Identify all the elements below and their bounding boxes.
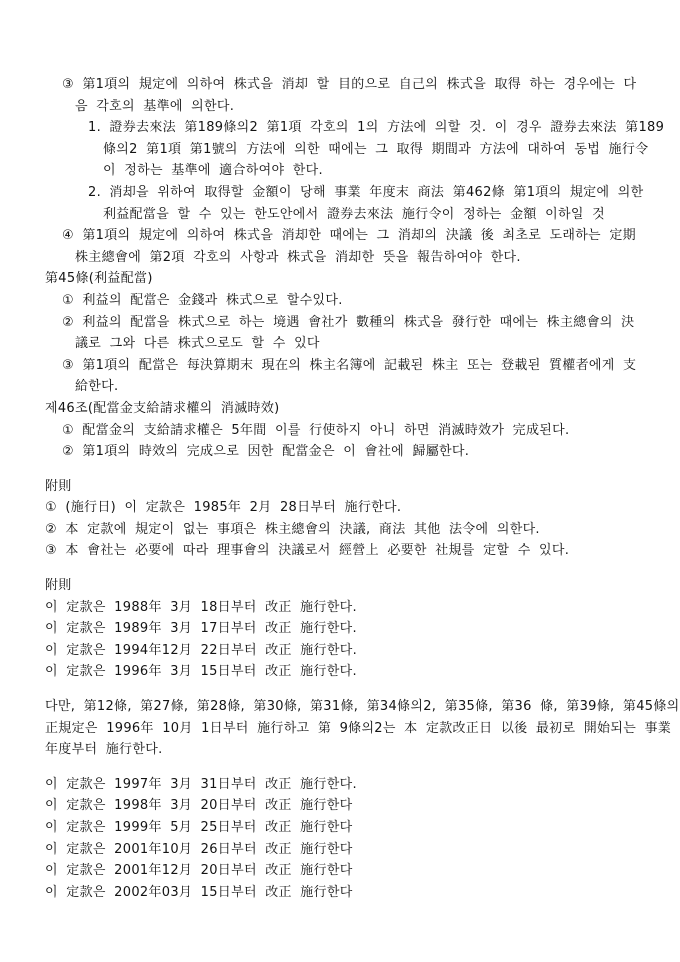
- document-line: 이 定款은 1998年 3月 20日부터 改正 施行한다: [0, 795, 680, 817]
- document-line: ③ 第1項의 配當은 每決算期末 現在의 株主名簿에 記載된 株主 또는 登載된…: [0, 355, 680, 377]
- document-line: ① (施行日) 이 定款은 1985年 2月 28日부터 施行한다.: [0, 497, 680, 519]
- document-line: 이 定款은 1989年 3月 17日부터 改正 施行한다.: [0, 618, 680, 640]
- document-line: 이 정하는 基準에 適合하여야 한다.: [0, 160, 680, 182]
- document-line: 給한다.: [0, 376, 680, 398]
- addendum-amendments-1997-2002: 이 定款은 1997年 3月 31日부터 改正 施行한다.이 定款은 1998年…: [0, 774, 680, 904]
- articles-44-to-46: ③ 第1項의 規定에 의하여 株式을 消却 할 目的으로 自己의 株式을 取得 …: [0, 74, 680, 463]
- document-line: ② 利益의 配當을 株式으로 하는 境遇 會社가 數種의 株式을 發行한 때에는…: [0, 312, 680, 334]
- document-line: 條의2 第1項 第1號의 方法에 의한 때에는 그 取得 期間과 方法에 대하여…: [0, 139, 680, 161]
- document-line: 1. 證券去來法 第189條의2 第1項 각호의 1의 方法에 의할 것. 이 …: [0, 117, 680, 139]
- document-line: ① 利益의 配當은 金錢과 株式으로 할수있다.: [0, 290, 680, 312]
- document-line: 附則: [0, 476, 680, 498]
- document-line: 이 定款은 2002年03月 15日부터 改正 施行한다: [0, 882, 680, 904]
- document-line: 이 定款은 1988年 3月 18日부터 改正 施行한다.: [0, 597, 680, 619]
- document-line: ② 第1項의 時效의 完成으로 因한 配當金은 이 會社에 歸屬한다.: [0, 441, 680, 463]
- document-line: 이 定款은 1997年 3月 31日부터 改正 施行한다.: [0, 774, 680, 796]
- document-line: 제46조(配當金支給請求權의 消滅時效): [0, 398, 680, 420]
- document-line: 附則: [0, 575, 680, 597]
- document-line: 2. 消却을 위하여 取得할 金額이 당해 事業 年度末 商法 第462條 第1…: [0, 182, 680, 204]
- document-line: 음 각호의 基準에 의한다.: [0, 96, 680, 118]
- document-line: 正規定은 1996年 10月 1日부터 施行하고 第 9條의2는 本 定款改正日…: [0, 718, 680, 740]
- document-line: 年度부터 施行한다.: [0, 739, 680, 761]
- document-line: 株主總會에 第2項 각호의 사항과 株式을 消却한 뜻을 報告하여야 한다.: [0, 247, 680, 269]
- document-line: 이 定款은 1999年 5月 25日부터 改正 施行한다: [0, 817, 680, 839]
- addendum-1985: 附則① (施行日) 이 定款은 1985年 2月 28日부터 施行한다.② 本 …: [0, 476, 680, 562]
- document-line: ② 本 定款에 規定이 없는 事項은 株主總會의 決議, 商法 其他 法令에 의…: [0, 519, 680, 541]
- addendum-proviso-1996: 다만, 第12條, 第27條, 第28條, 第30條, 第31條, 第34條의2…: [0, 696, 680, 761]
- document-line: 이 定款은 2001年12月 20日부터 改正 施行한다: [0, 860, 680, 882]
- document-line: 議로 그와 다른 株式으로도 할 수 있다: [0, 333, 680, 355]
- document-line: 이 定款은 1996年 3月 15日부터 改正 施行한다.: [0, 661, 680, 683]
- document-line: ① 配當金의 支給請求權은 5年間 이를 行使하지 아니 하면 消滅時效가 完成…: [0, 420, 680, 442]
- document-line: 利益配當을 할 수 있는 한도안에서 證券去來法 施行令이 정하는 金額 이하일…: [0, 204, 680, 226]
- document-line: 이 定款은 2001年10月 26日부터 改正 施行한다: [0, 839, 680, 861]
- document-body: ③ 第1項의 規定에 의하여 株式을 消却 할 目的으로 自己의 株式을 取得 …: [0, 74, 680, 903]
- document-line: 이 定款은 1994年12月 22日부터 改正 施行한다.: [0, 640, 680, 662]
- document-line: ③ 本 會社는 必要에 따라 理事會의 決議로서 經營上 必要한 社規를 定할 …: [0, 540, 680, 562]
- document-page: ③ 第1項의 規定에 의하여 株式을 消却 할 目的으로 自己의 株式을 取得 …: [0, 0, 680, 962]
- document-line: ④ 第1項의 規定에 의하여 株式을 消却한 때에는 그 消却의 決議 後 최초…: [0, 225, 680, 247]
- document-line: 다만, 第12條, 第27條, 第28條, 第30條, 第31條, 第34條의2…: [0, 696, 680, 718]
- addendum-amendments-1988-1996: 附則이 定款은 1988年 3月 18日부터 改正 施行한다.이 定款은 198…: [0, 575, 680, 683]
- document-line: 第45條(利益配當): [0, 268, 680, 290]
- document-line: ③ 第1項의 規定에 의하여 株式을 消却 할 目的으로 自己의 株式을 取得 …: [0, 74, 680, 96]
